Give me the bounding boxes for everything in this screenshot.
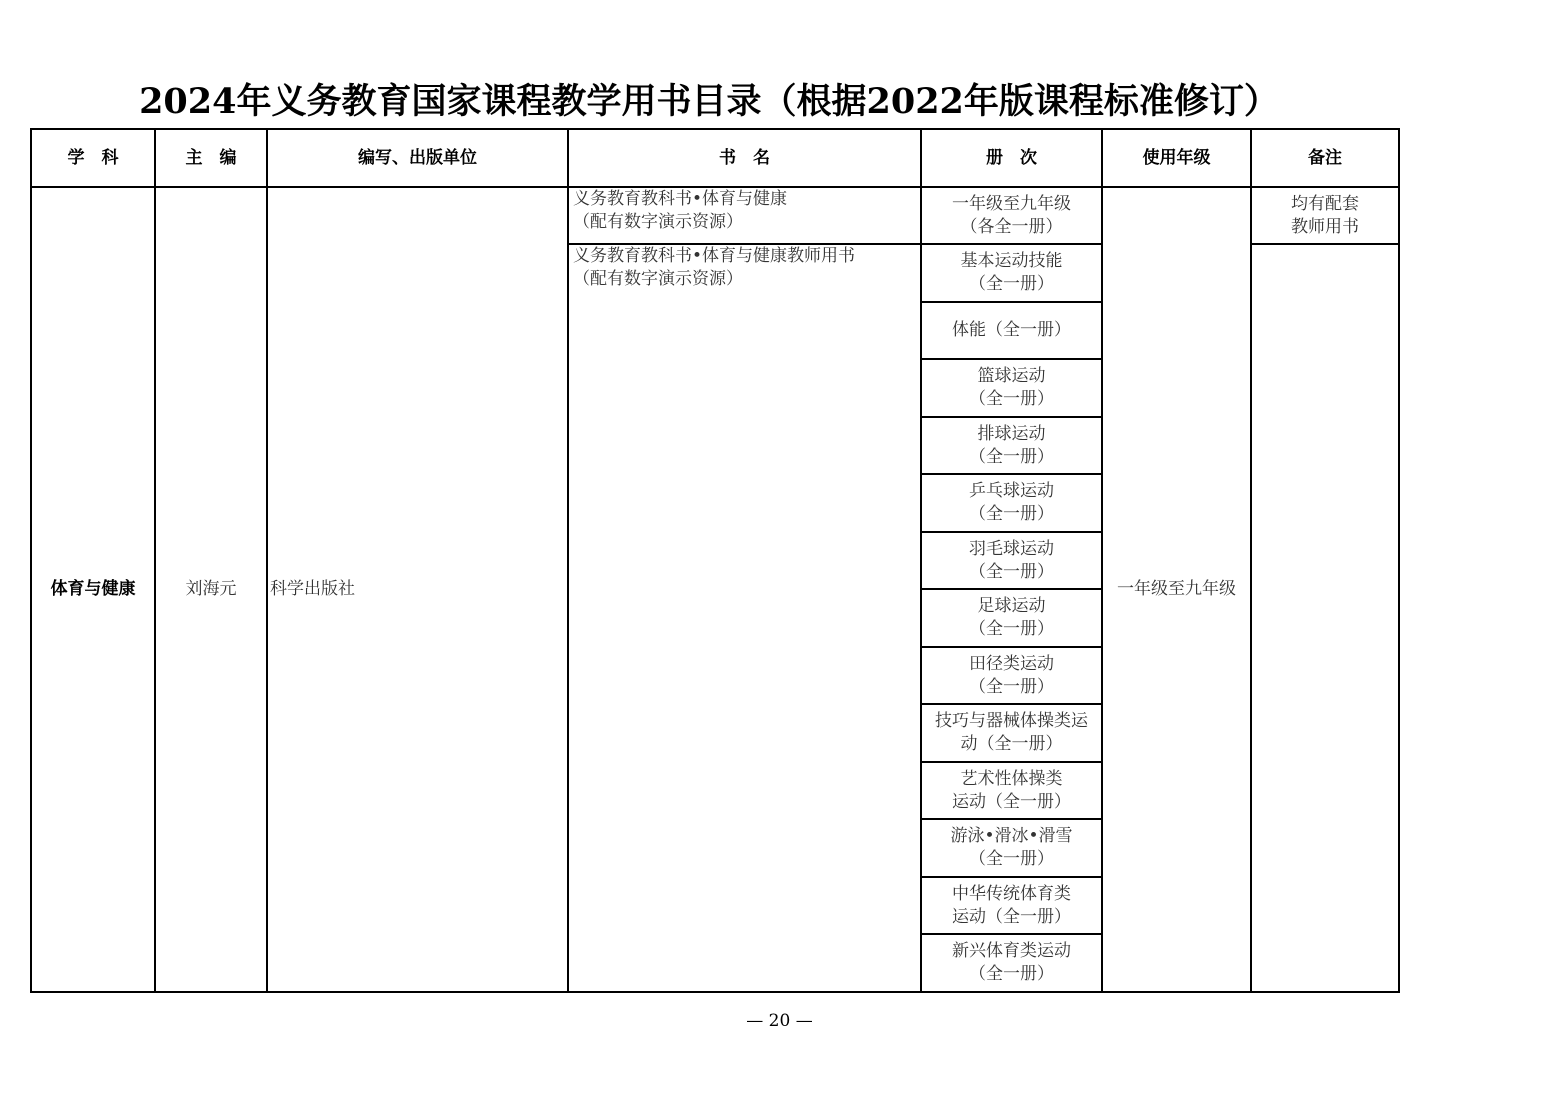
header-subject: 学 科 [32,130,154,186]
publisher-cell: 科学出版社 [268,188,567,991]
volume-line1: 中华传统体育类 [952,883,1071,906]
header-volume: 册 次 [922,130,1101,186]
volume-line2: 运动（全一册） [952,906,1071,929]
volume-line1: 足球运动 [978,595,1046,618]
volume-cell: 体能（全一册） [922,303,1101,358]
volume-line1: 基本运动技能 [961,250,1063,273]
editor-cell: 刘海元 [156,188,266,991]
book-name-line1: 义务教育教科书•体育与健康教师用书 [573,245,855,268]
volume-line1: 体能（全一册） [952,319,1071,342]
volume-line1: 游泳•滑冰•滑雪 [950,825,1072,848]
volume-line1: 篮球运动 [978,365,1046,388]
volume-line2: （全一册） [969,388,1054,411]
volume-line2: （全一册） [969,273,1054,296]
volume-cell: 基本运动技能 （全一册） [922,245,1101,301]
volume-line1: 乒乓球运动 [969,480,1054,503]
volume-line1: 艺术性体操类 [961,768,1063,791]
volume-line1: 羽毛球运动 [969,538,1054,561]
note-line1: 均有配套 [1291,193,1359,216]
book-name-cell: 义务教育教科书•体育与健康 （配有数字演示资源） [569,188,920,243]
book-name-cell: 义务教育教科书•体育与健康教师用书 （配有数字演示资源） [569,245,920,991]
grade-cell: 一年级至九年级 [1103,188,1250,991]
volume-line2: （全一册） [969,618,1054,641]
volume-cell: 中华传统体育类 运动（全一册） [922,878,1101,933]
table-border-right [1398,128,1400,993]
header-editor: 主 编 [156,130,266,186]
volume-cell: 技巧与器械体操类运 动（全一册） [922,705,1101,761]
volume-cell: 游泳•滑冰•滑雪 （全一册） [922,820,1101,876]
note-line2: 教师用书 [1291,216,1359,239]
volume-line1: 技巧与器械体操类运 [935,710,1088,733]
volume-line2: （全一册） [969,503,1054,526]
header-grade: 使用年级 [1103,130,1250,186]
page-title: 2024年义务教育国家课程教学用书目录（根据2022年版课程标准修订） [0,74,1418,124]
volume-line2: （全一册） [969,848,1054,871]
volume-cell: 乒乓球运动 （全一册） [922,475,1101,531]
volume-line2: 运动（全一册） [952,791,1071,814]
volume-line2: （全一册） [969,446,1054,469]
header-book-name: 书 名 [569,130,920,186]
table-border-bottom [30,991,1400,993]
page-number: — 20 — [0,1011,1559,1031]
volume-line1: 田径类运动 [969,653,1054,676]
volume-line2: 动（全一册） [961,733,1063,756]
volume-cell: 艺术性体操类 运动（全一册） [922,763,1101,818]
book-name-line1: 义务教育教科书•体育与健康 [573,188,787,211]
volume-line1: 排球运动 [978,423,1046,446]
volume-cell: 羽毛球运动 （全一册） [922,533,1101,588]
volume-line1: 一年级至九年级 [952,193,1071,216]
volume-line2: （各全一册） [961,216,1063,239]
subject-cell: 体育与健康 [32,188,154,991]
note-cell: 均有配套 教师用书 [1252,188,1398,243]
catalog-table: 学 科 主 编 编写、出版单位 书 名 册 次 使用年级 备注 体育与健康 刘海… [30,128,1400,993]
book-name-line2: （配有数字演示资源） [573,211,743,234]
volume-cell: 新兴体育类运动 （全一册） [922,935,1101,991]
header-note: 备注 [1252,130,1398,186]
volume-cell: 篮球运动 （全一册） [922,360,1101,416]
book-name-line2: （配有数字演示资源） [573,268,743,291]
volume-cell: 一年级至九年级 （各全一册） [922,188,1101,243]
volume-cell: 田径类运动 （全一册） [922,648,1101,703]
volume-line2: （全一册） [969,676,1054,699]
volume-line2: （全一册） [969,963,1054,986]
volume-cell: 排球运动 （全一册） [922,418,1101,473]
note-cell [1252,245,1398,991]
volume-line2: （全一册） [969,561,1054,584]
header-publisher: 编写、出版单位 [268,130,567,186]
volume-line1: 新兴体育类运动 [952,940,1071,963]
volume-cell: 足球运动 （全一册） [922,590,1101,646]
